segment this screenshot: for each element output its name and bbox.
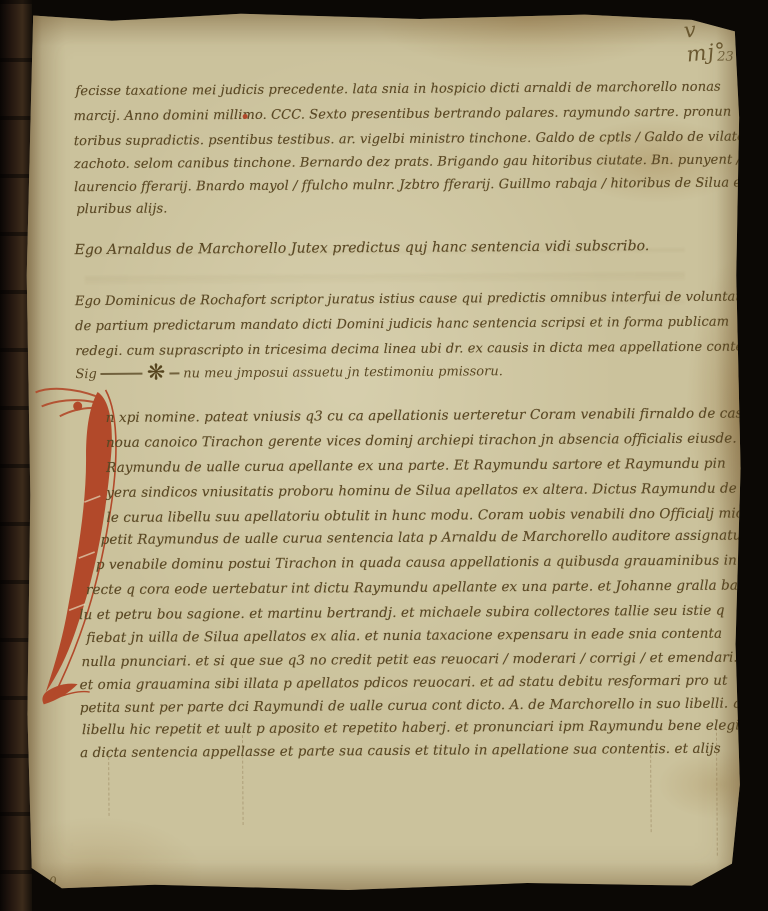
text-line: lu et petru bou sagione. et martinu bert… [79,603,725,624]
signum-row: Sig ❋ nu meu jmposui assuetu jn testimon… [75,362,502,383]
text-line: et omia grauamina sibi illata p apellato… [80,673,728,694]
text-line: marcij. Anno domini millimo. CCC. Sexto … [74,105,732,125]
ruling-line [108,752,109,816]
parchment-page: v mj° 23 fecisse taxatione mei judicis p… [26,12,742,890]
notarial-signum-icon: ❋ [147,365,166,383]
text-line: pluribus alijs. [76,202,167,218]
manuscript-photo: v mj° 23 fecisse taxatione mei judicis p… [0,0,768,911]
text-line: noua canoico Tirachon gerente vices domi… [106,430,768,451]
text-line: petita sunt per parte dci Raymundi de ua… [80,695,759,716]
folio-number: 23 [717,50,734,65]
text-line: laurencio fferarij. Bnardo mayol / ffulc… [74,175,746,195]
main-paragraph: n xpi nomine. pateat vniusis q3 cu ca ap… [23,10,739,15]
text-line: toribus supradictis. psentibus testibus.… [74,129,768,149]
text-line: redegi. cum suprascripto in tricesima de… [75,339,768,359]
text-line: p venabile dominu postui Tirachon in qua… [96,553,737,573]
text-line: de partium predictarum mandato dicti Dom… [75,315,729,335]
bottom-left-mark: 0 [49,874,57,888]
text-line: fiebat jn uilla de Silua apellatos ex al… [86,626,722,646]
text-line: fecisse taxatione mei judicis precedente… [75,80,720,100]
text-line: Raymundu de ualle curua apellante ex una… [106,456,726,476]
text-line: recte q cora eode uertebatur int dictu R… [86,577,747,598]
signum-dash [169,373,179,375]
signum-suffix: nu meu jmposui assuetu jn testimoniu pmi… [183,364,503,381]
rubric-dot [243,114,248,119]
notary-paragraph: Ego Dominicus de Rochafort scriptor jura… [23,10,739,15]
text-line: petit Raymundus de ualle curua sentencia… [101,528,742,548]
book-binding-edge [0,0,32,911]
page-content: v mj° 23 fecisse taxatione mei judicis p… [23,10,745,893]
text-line: yera sindicos vniusitatis proboru hominu… [106,480,761,501]
text-line: a dicta sentencia appellasse et parte su… [80,741,721,761]
closing-paragraph: fecisse taxatione mei judicis precedente… [23,10,739,15]
text-line: n xpi nomine. pateat vniusis q3 cu ca ap… [106,405,751,426]
signum-prefix: Sig [75,367,96,382]
text-line: le curua libellu suu apellatoriu obtulit… [106,505,752,526]
signum-dash [101,373,143,375]
text-line: libellu hic repetit et uult p aposito et… [82,717,762,738]
text-line: zachoto. selom canibus tinchone. Bernard… [74,153,741,173]
text-line: nulla pnunciari. et si que sue q3 no cre… [81,650,737,671]
